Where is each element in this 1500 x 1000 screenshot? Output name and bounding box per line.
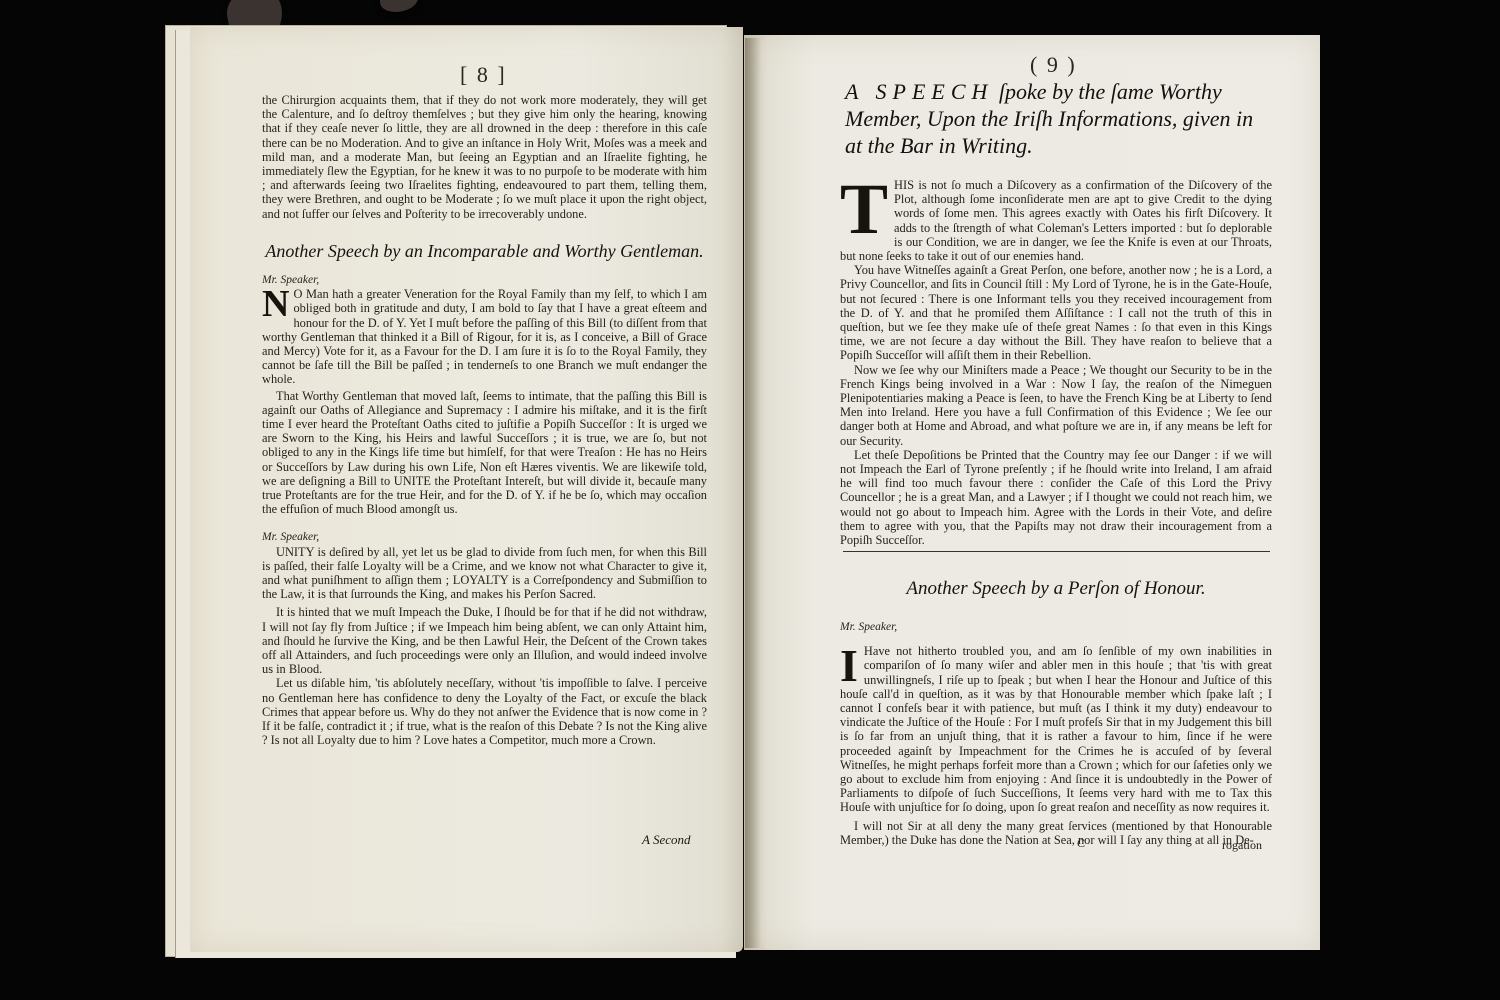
speech-paragraph-1: N O Man hath a greater Veneration for th… [262,287,707,386]
speech-paragraph-5: I Have not hitherto troubled you, and am… [840,644,1272,814]
speech-paragraph-2: You have Witneſſes againſt a Great Perſo… [840,263,1272,362]
speech-paragraph-6: I will not Sir at all deny the many grea… [840,819,1272,847]
continuation-paragraph: the Chirurgion acquaints them, that if t… [262,93,707,221]
right-section-heading: Another Speech by a Perſon of Honour. [840,578,1272,600]
salutation: Mr. Speaker, [262,273,707,287]
gutter-shadow [745,38,761,948]
left-continuation-text: the Chirurgion acquaints them, that if t… [262,93,707,221]
section-divider-rule [843,551,1270,552]
speech-paragraph-4: Let theſe Depoſitions be Printed that th… [840,448,1272,547]
drop-cap: I [840,646,858,686]
speech-paragraph-3: Now we ſee why our Miniſters made a Peac… [840,363,1272,448]
right-title: A SPEECH ſpoke by the ſame Worthy Member… [845,78,1275,159]
page-number-right: ( 9 ) [1030,52,1077,78]
left-section-heading: Another Speech by an Incomparable and Wo… [262,241,707,262]
catchword-right: rogation [1222,838,1262,853]
speech-paragraph-5: Let us diſable him, 'tis abſolutely nece… [262,676,707,747]
drop-cap: N [262,289,289,319]
left-speech-body: Mr. Speaker, N O Man hath a greater Vene… [262,273,707,748]
speech-paragraph-2: That Worthy Gentleman that moved laſt, ſ… [262,389,707,517]
drop-cap: T [840,180,888,238]
speech-paragraph-1: T HIS is not ſo much a Diſcovery as a co… [840,178,1272,263]
book-clip-right [380,0,418,12]
salutation: Mr. Speaker, [840,620,1272,634]
speech-paragraph-4: It is hinted that we muſt Impeach the Du… [262,605,707,676]
speech-paragraph-3: UNITY is deſired by all, yet let us be g… [262,545,707,602]
title-caps: A SPEECH [845,79,993,104]
catchword-left: A Second [642,832,691,848]
signature-mark: C [1077,836,1085,851]
right-speech-body: T HIS is not ſo much a Diſcovery as a co… [840,178,1272,547]
salutation: Mr. Speaker, [262,530,707,544]
page-number-left: [ 8 ] [460,62,507,88]
right-second-speech: Mr. Speaker, I Have not hitherto trouble… [840,620,1272,847]
